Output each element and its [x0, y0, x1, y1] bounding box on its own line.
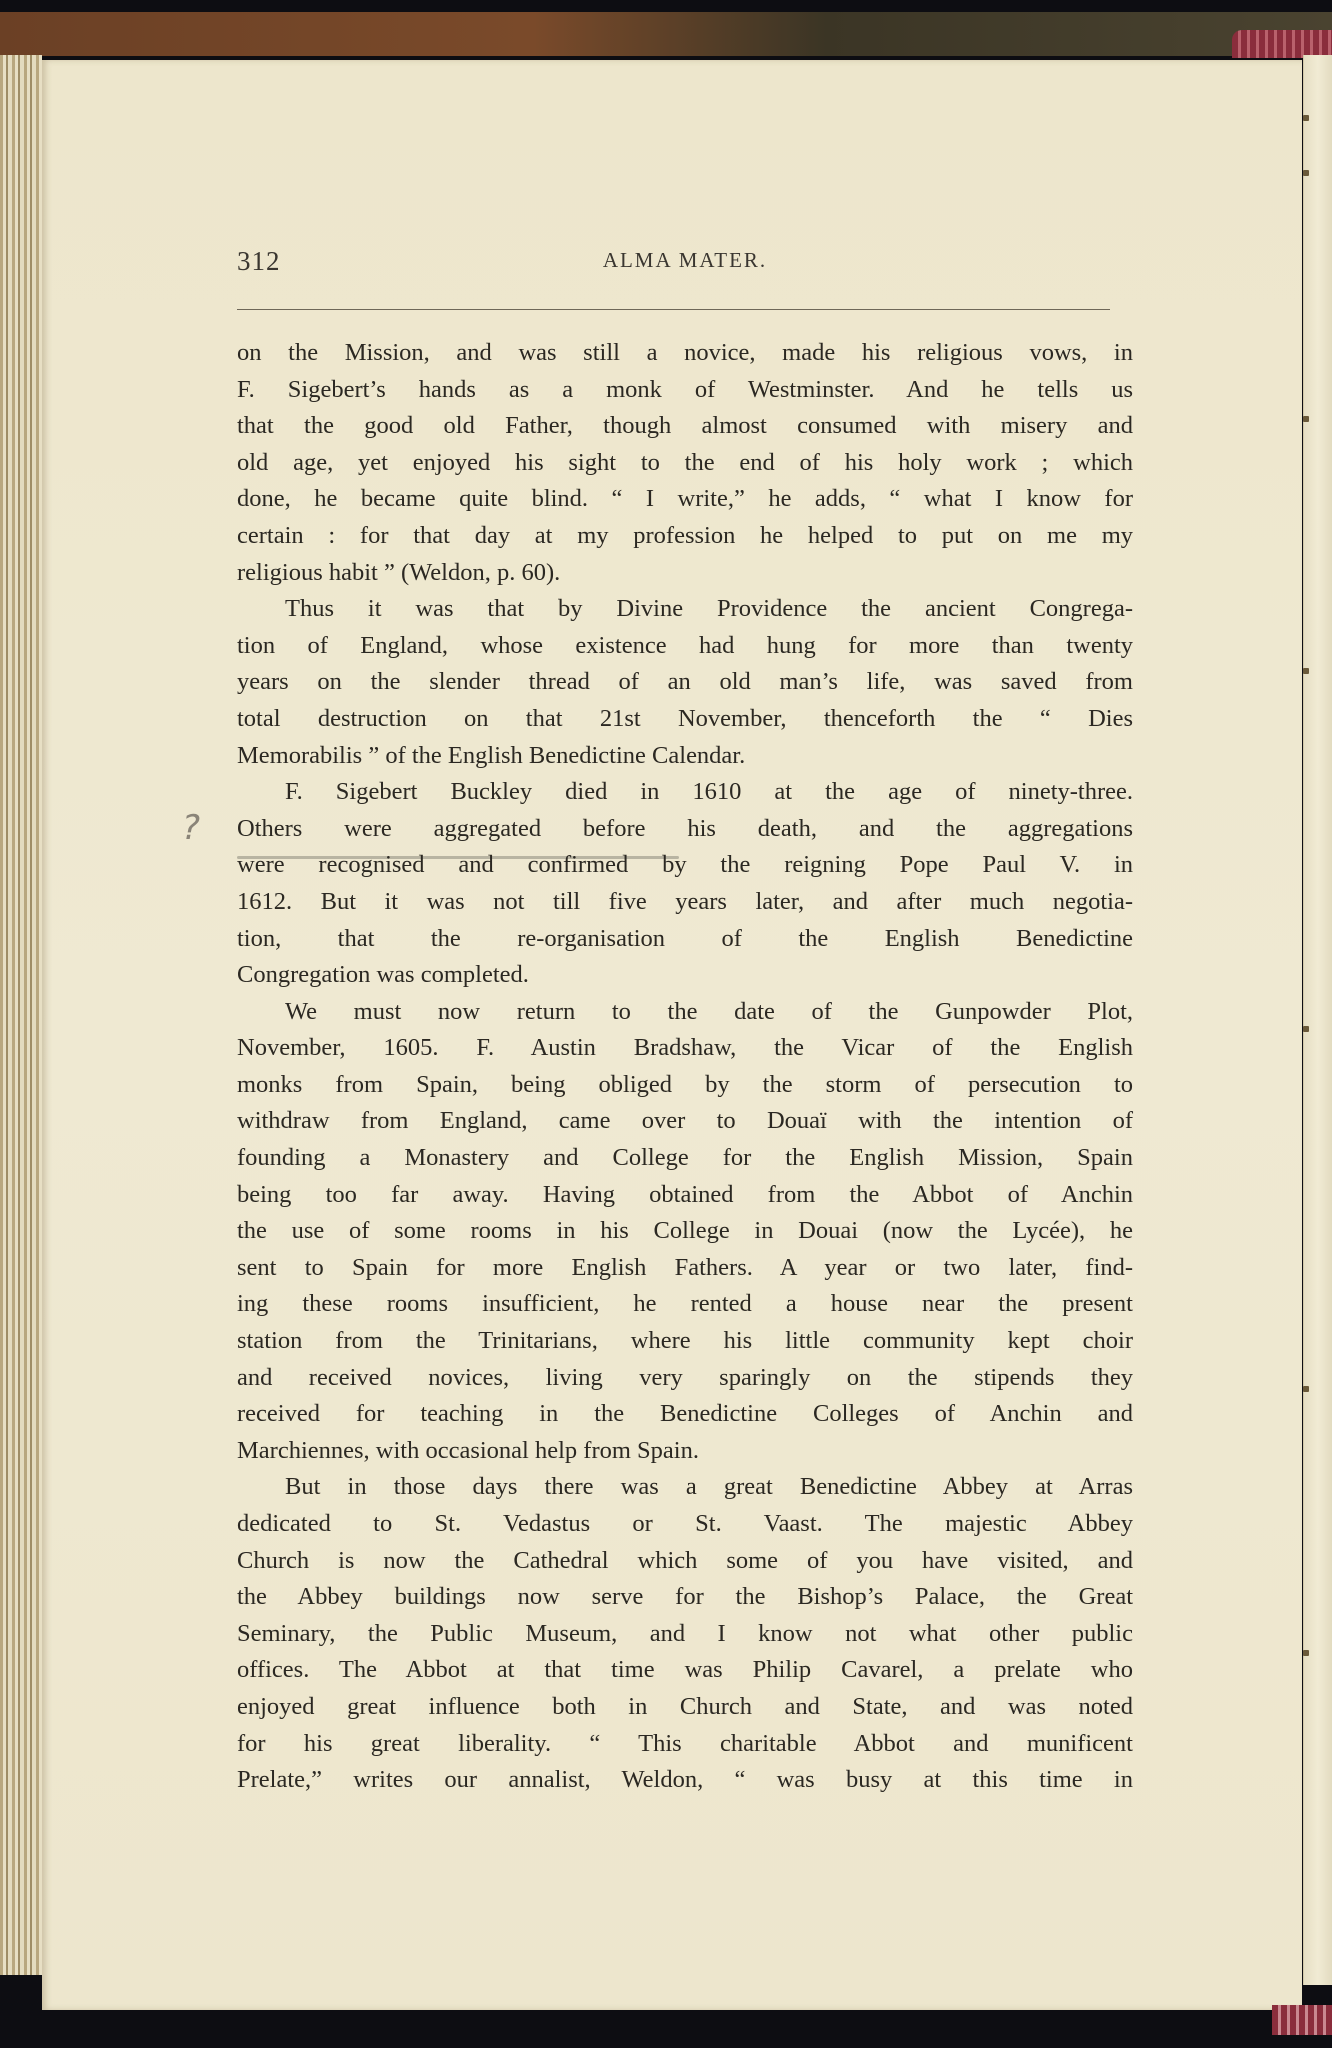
binding-stitch-icon — [1303, 1026, 1309, 1032]
text-line: Seminary, the Public Museum, and I know … — [237, 1616, 1133, 1653]
page-edge-gilt-top — [1232, 30, 1332, 58]
margin-annotation: ? — [182, 808, 200, 848]
text-line: total destruction on that 21st November,… — [237, 701, 1133, 738]
text-line: on the Mission, and was still a novice, … — [237, 335, 1133, 372]
text-line: ing these rooms insufficient, he rented … — [237, 1286, 1133, 1323]
text-line: Church is now the Cathedral which some o… — [237, 1543, 1133, 1580]
binding-stitch-icon — [1303, 170, 1309, 176]
text-line: F. Sigebert’s hands as a monk of Westmin… — [237, 372, 1133, 409]
text-line: Memorabilis ” of the English Benedictine… — [237, 738, 1133, 775]
text-line: and received novices, living very sparin… — [237, 1360, 1133, 1397]
text-line: We must now return to the date of the Gu… — [237, 994, 1133, 1031]
text-line: for his great liberality. “ This charita… — [237, 1726, 1133, 1763]
text-line: old age, yet enjoyed his sight to the en… — [237, 445, 1133, 482]
text-line: Thus it was that by Divine Providence th… — [237, 591, 1133, 628]
text-line: Prelate,” writes our annalist, Weldon, “… — [237, 1762, 1133, 1799]
header-rule — [237, 309, 1110, 310]
binding-stitch-icon — [1303, 1386, 1309, 1392]
text-line: were recognised and confirmed by the rei… — [237, 847, 1133, 884]
text-line: founding a Monastery and College for the… — [237, 1140, 1133, 1177]
text-line: tion, that the re-organisation of the En… — [237, 921, 1133, 958]
page-edge-right — [1303, 55, 1332, 1985]
text-line: withdraw from England, came over to Doua… — [237, 1103, 1133, 1140]
page-edge-gilt-bottom — [1272, 2005, 1332, 2035]
text-line: Others were aggregated before his death,… — [237, 811, 1133, 848]
text-line: monks from Spain, being obliged by the s… — [237, 1067, 1133, 1104]
binding-stitch-icon — [1303, 416, 1309, 422]
binding-stitch-icon — [1303, 1650, 1309, 1656]
page-stack-left — [0, 55, 42, 1975]
binding-stitch-icon — [1303, 115, 1309, 121]
text-line: F. Sigebert Buckley died in 1610 at the … — [237, 774, 1133, 811]
book-cover-top-edge — [0, 12, 1332, 56]
text-line: the Abbey buildings now serve for the Bi… — [237, 1579, 1133, 1616]
text-line: enjoyed great influence both in Church a… — [237, 1689, 1133, 1726]
text-line: years on the slender thread of an old ma… — [237, 664, 1133, 701]
text-line: received for teaching in the Benedictine… — [237, 1396, 1133, 1433]
running-title: ALMA MATER. — [237, 248, 1133, 273]
text-line: certain : for that day at my profession … — [237, 518, 1133, 555]
text-line: Marchiennes, with occasional help from S… — [237, 1433, 1133, 1470]
text-line: station from the Trinitarians, where his… — [237, 1323, 1133, 1360]
text-line: offices. The Abbot at that time was Phil… — [237, 1652, 1133, 1689]
body-text: on the Mission, and was still a novice, … — [237, 335, 1133, 1799]
text-line: November, 1605. F. Austin Bradshaw, the … — [237, 1030, 1133, 1067]
text-line: done, he became quite blind. “ I write,”… — [237, 481, 1133, 518]
binding-stitch-icon — [1303, 668, 1309, 674]
text-line: that the good old Father, though almost … — [237, 408, 1133, 445]
text-line: But in those days there was a great Bene… — [237, 1469, 1133, 1506]
text-line: sent to Spain for more English Fathers. … — [237, 1250, 1133, 1287]
text-line: tion of England, whose existence had hun… — [237, 628, 1133, 665]
text-line: religious habit ” (Weldon, p. 60). — [237, 555, 1133, 592]
text-line: the use of some rooms in his College in … — [237, 1213, 1133, 1250]
text-line: dedicated to St. Vedastus or St. Vaast. … — [237, 1506, 1133, 1543]
page-header: 312 ALMA MATER. — [237, 246, 1133, 286]
text-line: 1612. But it was not till five years lat… — [237, 884, 1133, 921]
text-line: being too far away. Having obtained from… — [237, 1177, 1133, 1214]
text-line: Congregation was completed. — [237, 957, 1133, 994]
